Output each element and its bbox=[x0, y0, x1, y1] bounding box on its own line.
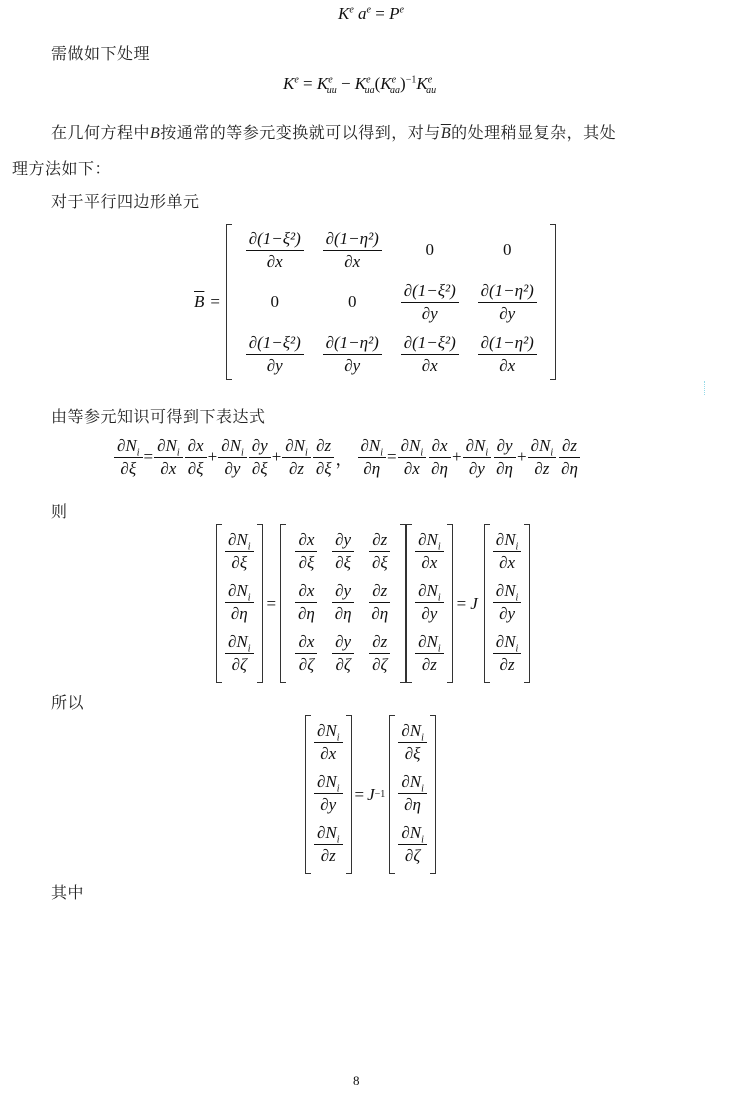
numerator: ∂N bbox=[285, 436, 305, 455]
matrix-cell: ∂(1−η²)∂x bbox=[323, 229, 382, 271]
numerator: ∂N bbox=[317, 721, 337, 740]
symbol-J: J bbox=[367, 785, 375, 805]
plus-sign: + bbox=[452, 447, 462, 467]
fraction: ∂Ni∂η bbox=[398, 772, 427, 814]
plus-sign: + bbox=[517, 447, 527, 467]
denominator: ∂η bbox=[228, 603, 251, 624]
numerator: ∂N bbox=[401, 436, 421, 455]
matrix-cell-zero: 0 bbox=[425, 240, 434, 260]
fraction: ∂Ni∂ξ bbox=[225, 530, 254, 572]
denominator: ∂η bbox=[295, 603, 318, 624]
denominator: ∂y bbox=[221, 458, 243, 479]
fraction: ∂Ni∂z bbox=[282, 436, 311, 478]
vector-global-derivatives: ∂Ni∂x ∂Ni∂y ∂Ni∂z bbox=[406, 524, 453, 683]
numerator: ∂(1−ξ²) bbox=[246, 333, 304, 355]
paragraph-parallelogram: 对于平行四边形单元 bbox=[51, 189, 200, 212]
numerator: ∂(1−η²) bbox=[323, 333, 382, 355]
numerator: ∂N bbox=[401, 823, 421, 842]
text-span: 在几何方程中 bbox=[51, 123, 150, 142]
denominator: ∂z bbox=[286, 458, 307, 479]
equals-sign: = bbox=[210, 292, 220, 312]
sup-e: e bbox=[294, 74, 298, 85]
denominator: ∂x bbox=[401, 458, 423, 479]
fraction: ∂Ni∂z bbox=[528, 436, 557, 478]
scan-mark bbox=[704, 381, 707, 395]
paragraph-therefore: 所以 bbox=[51, 690, 84, 713]
symbol-a: a bbox=[358, 4, 367, 23]
sup-e: e bbox=[392, 74, 396, 85]
equation-chain-rule: ∂Ni∂ξ = ∂Ni∂x ∂x∂ξ + ∂Ni∂y ∂y∂ξ + ∂Ni∂z … bbox=[113, 436, 582, 478]
matrix-cell: ∂(1−η²)∂y bbox=[478, 281, 537, 323]
numerator: ∂N bbox=[496, 581, 516, 600]
fraction: ∂y∂η bbox=[493, 436, 516, 478]
equation-condensation: Ke = Keuu − Keua(Keaa)−1Keau bbox=[283, 74, 436, 94]
matrix-cell: ∂y∂ζ bbox=[332, 632, 354, 674]
numerator: ∂N bbox=[401, 721, 421, 740]
denominator: ∂ζ bbox=[402, 845, 423, 866]
paragraph-geometry: 在几何方程中B按通常的等参元变换就可以得到，对与B的处理稍显复杂，其处 bbox=[51, 120, 616, 143]
sup-e: e bbox=[367, 4, 371, 15]
numerator: ∂N bbox=[418, 581, 438, 600]
denominator: ∂ξ bbox=[117, 458, 139, 479]
denominator: ∂x bbox=[317, 743, 339, 764]
numerator: ∂N bbox=[496, 632, 516, 651]
equation-b-bar-matrix: B = ∂(1−ξ²)∂x ∂(1−η²)∂x 0 0 0 0 ∂(1−ξ²)∂… bbox=[194, 224, 556, 380]
fraction: ∂Ni∂ζ bbox=[398, 823, 427, 865]
minus-sign: − bbox=[341, 74, 351, 93]
sup-inverse: −1 bbox=[406, 74, 417, 85]
b-bar-matrix: ∂(1−ξ²)∂x ∂(1−η²)∂x 0 0 0 0 ∂(1−ξ²)∂y ∂(… bbox=[226, 224, 556, 380]
sup-e: e bbox=[328, 74, 332, 85]
symbol-B-bar: B bbox=[441, 125, 451, 142]
numerator: ∂N bbox=[221, 436, 241, 455]
sub-ua: ua bbox=[365, 85, 375, 96]
matrix-cell: ∂(1−η²)∂x bbox=[478, 333, 537, 375]
denominator: ∂η bbox=[332, 603, 355, 624]
vector-global-derivatives: ∂Ni∂x ∂Ni∂y ∂Ni∂z bbox=[484, 524, 531, 683]
sup-e: e bbox=[349, 4, 353, 15]
fraction: ∂Ni∂x bbox=[493, 530, 522, 572]
equals-sign: = bbox=[375, 4, 385, 23]
comma: ， bbox=[336, 445, 353, 470]
fraction: ∂Ni∂x bbox=[154, 436, 183, 478]
vector-global-derivatives: ∂Ni∂x ∂Ni∂y ∂Ni∂z bbox=[305, 715, 352, 874]
matrix-cell: ∂(1−ξ²)∂y bbox=[246, 333, 304, 375]
fraction: ∂Ni∂y bbox=[314, 772, 343, 814]
text-span: 的处理稍显复杂，其处 bbox=[451, 123, 616, 142]
numerator: ∂N bbox=[317, 823, 337, 842]
denominator: ∂x bbox=[419, 355, 441, 376]
denominator: ∂η bbox=[428, 458, 451, 479]
fraction: ∂Ni∂x bbox=[398, 436, 427, 478]
fraction: ∂y∂ξ bbox=[249, 436, 271, 478]
fraction: ∂Ni∂η bbox=[225, 581, 254, 623]
numerator: ∂N bbox=[531, 436, 551, 455]
denominator: ∂ζ bbox=[332, 654, 353, 675]
text-span: 按通常的等参元变换就可以得到，对与 bbox=[160, 123, 441, 142]
paragraph-isoparametric: 由等参元知识可得到下表达式 bbox=[51, 404, 266, 427]
symbol-B-bar: B bbox=[194, 292, 204, 312]
numerator: ∂N bbox=[228, 530, 248, 549]
denominator: ∂ξ bbox=[249, 458, 271, 479]
denominator: ∂η bbox=[360, 458, 383, 479]
denominator: ∂η bbox=[401, 794, 424, 815]
denominator: ∂ζ bbox=[296, 654, 317, 675]
fraction: ∂Ni∂x bbox=[314, 721, 343, 763]
plus-sign: + bbox=[208, 447, 218, 467]
matrix-cell: ∂z∂ζ bbox=[369, 632, 390, 674]
equals-sign: = bbox=[267, 594, 277, 614]
page-number: 8 bbox=[353, 1073, 360, 1089]
paragraph-method: 理方法如下： bbox=[12, 156, 111, 179]
fraction: ∂Ni∂z bbox=[314, 823, 343, 865]
fraction: ∂z∂ξ bbox=[313, 436, 335, 478]
matrix-cell: ∂(1−η²)∂y bbox=[323, 333, 382, 375]
numerator: ∂N bbox=[401, 772, 421, 791]
denominator: ∂ξ bbox=[402, 743, 424, 764]
sub-au: au bbox=[426, 85, 436, 96]
symbol-P: P bbox=[389, 4, 399, 23]
denominator: ∂ξ bbox=[332, 552, 354, 573]
denominator: ∂ξ bbox=[228, 552, 250, 573]
sup-e: e bbox=[399, 4, 403, 15]
fraction: ∂Ni∂z bbox=[415, 632, 444, 674]
denominator: ∂y bbox=[466, 458, 488, 479]
symbol-K: K bbox=[338, 4, 349, 23]
denominator: ∂y bbox=[418, 603, 440, 624]
numerator: ∂(1−ξ²) bbox=[401, 281, 459, 303]
fraction: ∂Ni∂ξ bbox=[398, 721, 427, 763]
matrix-cell-zero: 0 bbox=[270, 292, 279, 312]
sup-e: e bbox=[428, 74, 432, 85]
matrix-cell: ∂x∂ξ bbox=[295, 530, 317, 572]
denominator: ∂η bbox=[558, 458, 581, 479]
numerator: ∂N bbox=[228, 581, 248, 600]
fraction: ∂x∂η bbox=[428, 436, 451, 478]
equation-inverse-jacobian: ∂Ni∂x ∂Ni∂y ∂Ni∂z = J−1 ∂Ni∂ξ ∂Ni∂η ∂Ni∂… bbox=[305, 715, 436, 874]
denominator: ∂x bbox=[496, 552, 518, 573]
numerator: ∂N bbox=[317, 772, 337, 791]
symbol-J: J bbox=[470, 594, 478, 614]
denominator: ∂z bbox=[497, 654, 518, 675]
numerator: ∂N bbox=[418, 632, 438, 651]
fraction: ∂x∂ξ bbox=[185, 436, 207, 478]
jacobian-matrix: ∂x∂ξ ∂y∂ξ ∂z∂ξ ∂x∂η ∂y∂η ∂z∂η ∂x∂ζ ∂y∂ζ … bbox=[280, 524, 406, 683]
denominator: ∂x bbox=[157, 458, 179, 479]
fraction: ∂Ni∂z bbox=[493, 632, 522, 674]
numerator: ∂N bbox=[157, 436, 177, 455]
numerator: ∂(1−ξ²) bbox=[246, 229, 304, 251]
denominator: ∂y bbox=[264, 355, 286, 376]
equals-sign: = bbox=[144, 447, 154, 467]
equals-sign: = bbox=[355, 785, 365, 805]
numerator: ∂N bbox=[418, 530, 438, 549]
denominator: ∂ζ bbox=[369, 654, 390, 675]
fraction: ∂Ni∂ζ bbox=[225, 632, 254, 674]
fraction: ∂Ni∂y bbox=[493, 581, 522, 623]
denominator: ∂ξ bbox=[313, 458, 335, 479]
numerator: ∂N bbox=[496, 530, 516, 549]
denominator: ∂x bbox=[341, 251, 363, 272]
denominator: ∂y bbox=[496, 603, 518, 624]
matrix-cell-zero: 0 bbox=[348, 292, 357, 312]
matrix-cell: ∂(1−ξ²)∂x bbox=[401, 333, 459, 375]
fraction: ∂Ni∂y bbox=[218, 436, 247, 478]
sup-e: e bbox=[366, 74, 370, 85]
denominator: ∂z bbox=[318, 845, 339, 866]
denominator: ∂η bbox=[493, 458, 516, 479]
numerator: ∂(1−ξ²) bbox=[401, 333, 459, 355]
numerator: ∂(1−η²) bbox=[478, 333, 537, 355]
matrix-cell: ∂x∂ζ bbox=[295, 632, 317, 674]
vector-local-derivatives: ∂Ni∂ξ ∂Ni∂η ∂Ni∂ζ bbox=[389, 715, 436, 874]
fraction: ∂Ni∂y bbox=[415, 581, 444, 623]
equals-sign: = bbox=[387, 447, 397, 467]
equals-sign: = bbox=[457, 594, 467, 614]
denominator: ∂ξ bbox=[296, 552, 318, 573]
equation-equilibrium: Ke ae = Pe bbox=[338, 4, 404, 24]
sub-aa: aa bbox=[390, 85, 400, 96]
numerator: ∂N bbox=[117, 436, 137, 455]
denominator: ∂y bbox=[317, 794, 339, 815]
matrix-cell: ∂z∂η bbox=[368, 581, 391, 623]
denominator: ∂x bbox=[418, 552, 440, 573]
denominator: ∂x bbox=[496, 355, 518, 376]
symbol-B: B bbox=[150, 125, 160, 142]
sub-uu: uu bbox=[327, 85, 337, 96]
matrix-cell: ∂(1−ξ²)∂x bbox=[246, 229, 304, 271]
plus-sign: + bbox=[272, 447, 282, 467]
denominator: ∂ζ bbox=[229, 654, 250, 675]
fraction: ∂Ni∂y bbox=[463, 436, 492, 478]
denominator: ∂z bbox=[531, 458, 552, 479]
numerator: ∂(1−η²) bbox=[323, 229, 382, 251]
denominator: ∂y bbox=[341, 355, 363, 376]
matrix-cell: ∂y∂η bbox=[332, 581, 355, 623]
denominator: ∂ξ bbox=[185, 458, 207, 479]
matrix-cell: ∂z∂ξ bbox=[369, 530, 391, 572]
paragraph-process: 需做如下处理 bbox=[51, 41, 150, 64]
vector-local-derivatives: ∂Ni∂ξ ∂Ni∂η ∂Ni∂ζ bbox=[216, 524, 263, 683]
paragraph-then: 则 bbox=[51, 499, 68, 522]
matrix-cell: ∂x∂η bbox=[295, 581, 318, 623]
fraction: ∂Ni∂η bbox=[358, 436, 387, 478]
fraction: ∂Ni∂x bbox=[415, 530, 444, 572]
denominator: ∂x bbox=[264, 251, 286, 272]
numerator: ∂N bbox=[466, 436, 486, 455]
denominator: ∂z bbox=[419, 654, 440, 675]
matrix-cell: ∂y∂ξ bbox=[332, 530, 354, 572]
numerator: ∂N bbox=[228, 632, 248, 651]
denominator: ∂y bbox=[496, 303, 518, 324]
equation-jacobian: ∂Ni∂ξ ∂Ni∂η ∂Ni∂ζ = ∂x∂ξ ∂y∂ξ ∂z∂ξ ∂x∂η … bbox=[216, 524, 530, 683]
paragraph-where: 其中 bbox=[51, 880, 84, 903]
symbol-K: K bbox=[283, 74, 294, 93]
denominator: ∂ξ bbox=[369, 552, 391, 573]
matrix-cell: ∂(1−ξ²)∂y bbox=[401, 281, 459, 323]
numerator: ∂N bbox=[361, 436, 381, 455]
numerator: ∂(1−η²) bbox=[478, 281, 537, 303]
denominator: ∂y bbox=[419, 303, 441, 324]
fraction: ∂Ni∂ξ bbox=[114, 436, 143, 478]
matrix-cell-zero: 0 bbox=[503, 240, 512, 260]
denominator: ∂η bbox=[368, 603, 391, 624]
fraction: ∂z∂η bbox=[558, 436, 581, 478]
